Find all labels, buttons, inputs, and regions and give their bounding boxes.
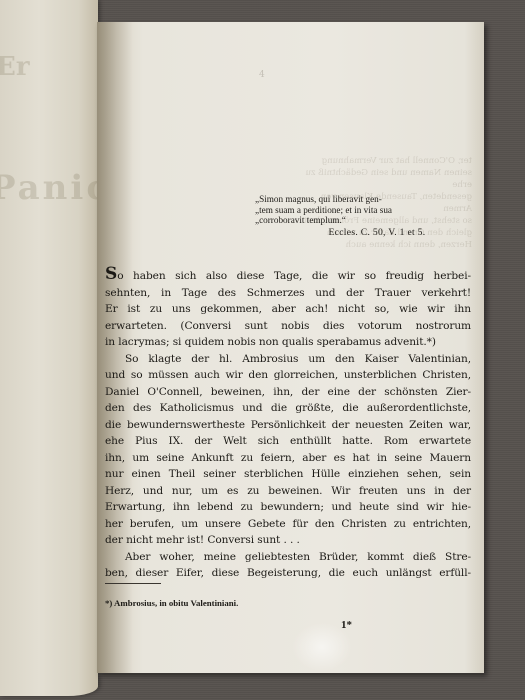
body-line: in lacrymas; si quidem nobis non qualis … xyxy=(105,334,471,351)
body-line: Aber woher, meine geliebtesten Brüder, k… xyxy=(105,549,471,566)
bleed-line: ter, O'Connell hat zur Vermahnung xyxy=(292,155,472,167)
left-page-bleed-title: Panic xyxy=(0,168,98,208)
body-line: der nicht mehr ist! Conversi sunt . . . xyxy=(105,532,471,549)
body-line: sehnten, in Tage des Schmerzes und der T… xyxy=(105,285,471,302)
bleed-line: Herzen, denn ich kenne auch xyxy=(292,239,472,251)
body-line: ihn, um seine Ankunft zu feiern, aber es… xyxy=(105,450,471,467)
bleed-line: seinen Namen und sein Gedächtniß zu erhe xyxy=(292,167,472,191)
body-line: und so müssen auch wir den glorreichen, … xyxy=(105,367,471,384)
body-line: ehe Pius IX. der Welt sich enthüllt hatt… xyxy=(105,433,471,450)
footnote: *) Ambrosius, in obitu Valentiniani. xyxy=(105,598,238,608)
body-line: nur einen Theil seiner sterblichen Hülle… xyxy=(105,466,471,483)
drop-cap: S xyxy=(105,264,117,284)
body-line: ben, dieser Eifer, diese Begeisterung, d… xyxy=(105,565,471,582)
body-line: den des Katholicismus und die größte, di… xyxy=(105,400,471,417)
body-line: die bewundernswertheste Persönlichkeit d… xyxy=(105,417,471,434)
body-line: her berufen, um unsere Gebete für den Ch… xyxy=(105,516,471,533)
left-page-bleed-text: Er xyxy=(0,52,30,82)
paper-crease xyxy=(292,622,352,672)
body-line: Er ist zu uns gekommen, aber ach! nicht … xyxy=(105,301,471,318)
body-line: Herz, und nur, um es zu beweinen. Wir fr… xyxy=(105,483,471,500)
bleed-page-marker: 4 xyxy=(259,70,265,80)
right-page: 4 ter, O'Connell hat zur Vermahnung sein… xyxy=(97,22,484,673)
epigraph-line: „Simon magnus, qui liberavit gen- xyxy=(255,194,473,205)
body-line: Daniel O'Connell, beweinen, ihn, der ein… xyxy=(105,384,471,401)
epigraph-line: „tem suam a perditione; et in vita sua xyxy=(255,205,473,216)
epigraph-reference: Eccles. C. 50, V. 1 et 5. xyxy=(255,228,473,239)
sermon-body-text: So haben sich also diese Tage, die wir s… xyxy=(105,268,471,582)
left-page-curl: Er Panic xyxy=(0,0,98,696)
body-line-first: So haben sich also diese Tage, die wir s… xyxy=(105,268,471,285)
body-line: So klagte der hl. Ambrosius um den Kaise… xyxy=(105,351,471,368)
body-line: o haben sich also diese Tage, die wir so… xyxy=(117,270,471,282)
epigraph-line: „corroboravit templum.“ xyxy=(255,215,473,226)
footnote-rule xyxy=(105,583,161,584)
epigraph: „Simon magnus, qui liberavit gen- „tem s… xyxy=(255,194,473,238)
body-line: Erwartung, ihn lebend zu bewundern; und … xyxy=(105,499,471,516)
body-line: erwarteten. (Conversi sunt nobis dies vo… xyxy=(105,318,471,335)
